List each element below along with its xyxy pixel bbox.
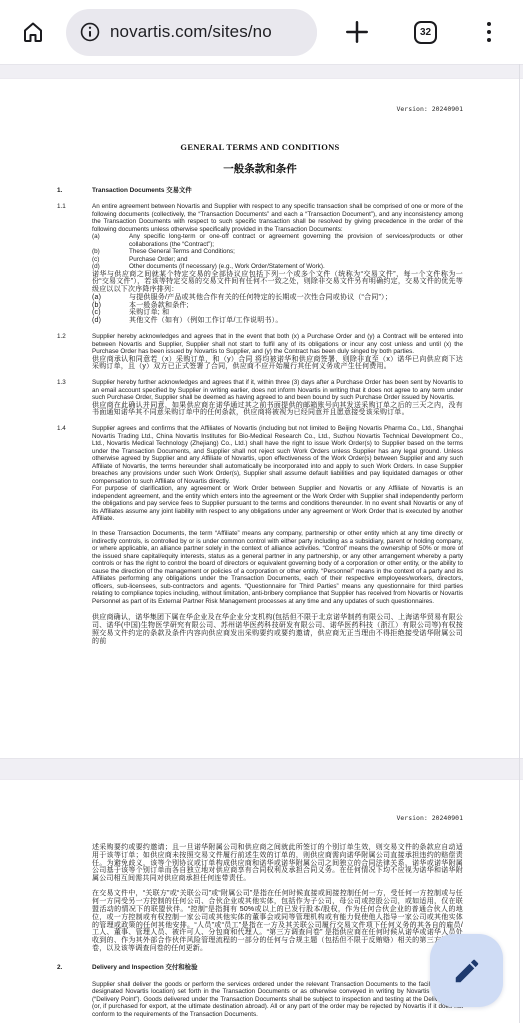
list-text: 与提供服务/产品或其他合作有关的任何特定的长期或一次性合同或协议（“合同”）； — [129, 294, 463, 302]
document-page-1: Version: 20240901 GENERAL TERMS AND COND… — [0, 79, 523, 758]
section-1-heading: 1. Transaction Documents 交易文件 — [57, 187, 463, 195]
list-item: (d) Other documents (if necessary) (e.g.… — [92, 263, 463, 271]
section-2-heading: 2. Delivery and Inspection 交付和检验 — [57, 964, 463, 972]
clause-number: 1.3 — [57, 379, 92, 417]
list-item: (b) These General Terms and Conditions; — [92, 248, 463, 256]
list-item: (d) 其他文件（如有）（例如工作订单/工作说明书）。 — [92, 317, 463, 325]
section-number: 2. — [57, 964, 92, 972]
section-number: 1. — [57, 187, 92, 195]
clause-text-zh: 诺华与供应商之间就某个特定交易的全部协议应包括下列一个或多个文件（统称为“交易文… — [92, 271, 463, 294]
page-gap-top — [0, 64, 523, 79]
list-label: (a) — [92, 294, 129, 302]
kebab-menu-icon[interactable] — [487, 22, 491, 42]
list-item: (a) 与提供服务/产品或其他合作有关的任何特定的长期或一次性合同或协议（“合同… — [92, 294, 463, 302]
paragraph-zh-continuation: 述采购要约或要约邀请；且一旦诺华附属公司和供应商之间就此所签订的个别订单生效，则… — [92, 844, 463, 883]
url-text: novartis.com/sites/no — [110, 22, 272, 42]
browser-window: novartis.com/sites/no 32 Version: 202409… — [0, 0, 523, 1023]
section-title: Delivery and Inspection 交付和检验 — [92, 964, 197, 972]
list-label: (c) — [92, 309, 129, 317]
page-gap-between — [0, 758, 523, 780]
pdf-viewer[interactable]: Version: 20240901 GENERAL TERMS AND COND… — [0, 64, 523, 1022]
list-label: (a) — [92, 233, 129, 248]
section-title: Transaction Documents 交易文件 — [92, 187, 192, 195]
clause-1-4: 1.4 Supplier agrees and confirms that th… — [57, 425, 463, 645]
list-text: 其他文件（如有）（例如工作订单/工作说明书）。 — [129, 317, 463, 325]
list-label: (b) — [92, 302, 129, 310]
version-label: Version: 20240901 — [57, 814, 463, 822]
clause-text-en: Supplier hereby acknowledges and agrees … — [92, 333, 463, 356]
info-icon[interactable] — [79, 21, 101, 43]
clause-text-zh: 供应商确认，诺华集团下属在华企业及在华企业分支机构(包括但不限于北京诺华制药有限… — [92, 614, 463, 645]
clause-text-en: An entire agreement between Novartis and… — [92, 203, 463, 233]
list-text: Any specific long-term or one-off contra… — [129, 233, 463, 248]
tab-counter[interactable]: 32 — [414, 21, 437, 44]
clause-text-zh: 供应商在此确认并同意，如果供应商在诺华通过其之前书面提供的邮箱账号向其发送采购订… — [92, 402, 463, 418]
list-text: Other documents (if necessary) (e.g., Wo… — [129, 263, 463, 271]
clause-text-en: Supplier hereby further acknowledges and… — [92, 379, 463, 402]
clause-text-en: Supplier shall deliver the goods or perf… — [92, 981, 463, 1019]
browser-toolbar: novartis.com/sites/no 32 — [0, 0, 523, 64]
clause-1-1: 1.1 An entire agreement between Novartis… — [57, 203, 463, 325]
clause-number: 1.4 — [57, 425, 92, 645]
page-edge-line — [519, 64, 520, 1023]
paragraph-zh-definitions: 在交易文件中，“关联方”或“关联公司”或“附属公司”是指在任何时候直接或间接控制… — [92, 890, 463, 952]
clause-text-en: Supplier agrees and confirms that the Af… — [92, 425, 463, 485]
url-bar[interactable]: novartis.com/sites/no — [66, 9, 317, 56]
clause-number: 1.1 — [57, 203, 92, 325]
document-title-zh: 一般条款和条件 — [57, 161, 463, 176]
clause-text-en: In these Transaction Documents, the term… — [92, 530, 463, 605]
clause-1-2: 1.2 Supplier hereby acknowledges and agr… — [57, 333, 463, 371]
version-label: Version: 20240901 — [57, 105, 463, 113]
new-tab-plus-icon[interactable] — [344, 19, 370, 45]
list-item: (a) Any specific long-term or one-off co… — [92, 233, 463, 248]
list-text: These General Terms and Conditions; — [129, 248, 463, 256]
edit-fab-button[interactable] — [430, 934, 503, 1007]
document-title-en: GENERAL TERMS AND CONDITIONS — [57, 142, 463, 152]
clause-1-3: 1.3 Supplier hereby further acknowledges… — [57, 379, 463, 417]
clause-text-en: For purpose of clarification, any agreem… — [92, 485, 463, 523]
pencil-icon — [452, 956, 482, 986]
list-text: 本一般条款和条件; — [129, 302, 463, 310]
list-item: (c) Purchase Order; and — [92, 256, 463, 264]
list-label: (c) — [92, 256, 129, 264]
list-label: (b) — [92, 248, 129, 256]
tab-count-label: 32 — [420, 27, 431, 38]
home-icon[interactable] — [21, 20, 45, 44]
clause-text-zh: 供应商承认和同意若（x）采购订单，和（y）合同 将均被诺华和供应商签署，则除非直… — [92, 356, 463, 372]
list-text: Purchase Order; and — [129, 256, 463, 264]
clause-number: 1.2 — [57, 333, 92, 371]
list-label: (d) — [92, 317, 129, 325]
list-label: (d) — [92, 263, 129, 271]
